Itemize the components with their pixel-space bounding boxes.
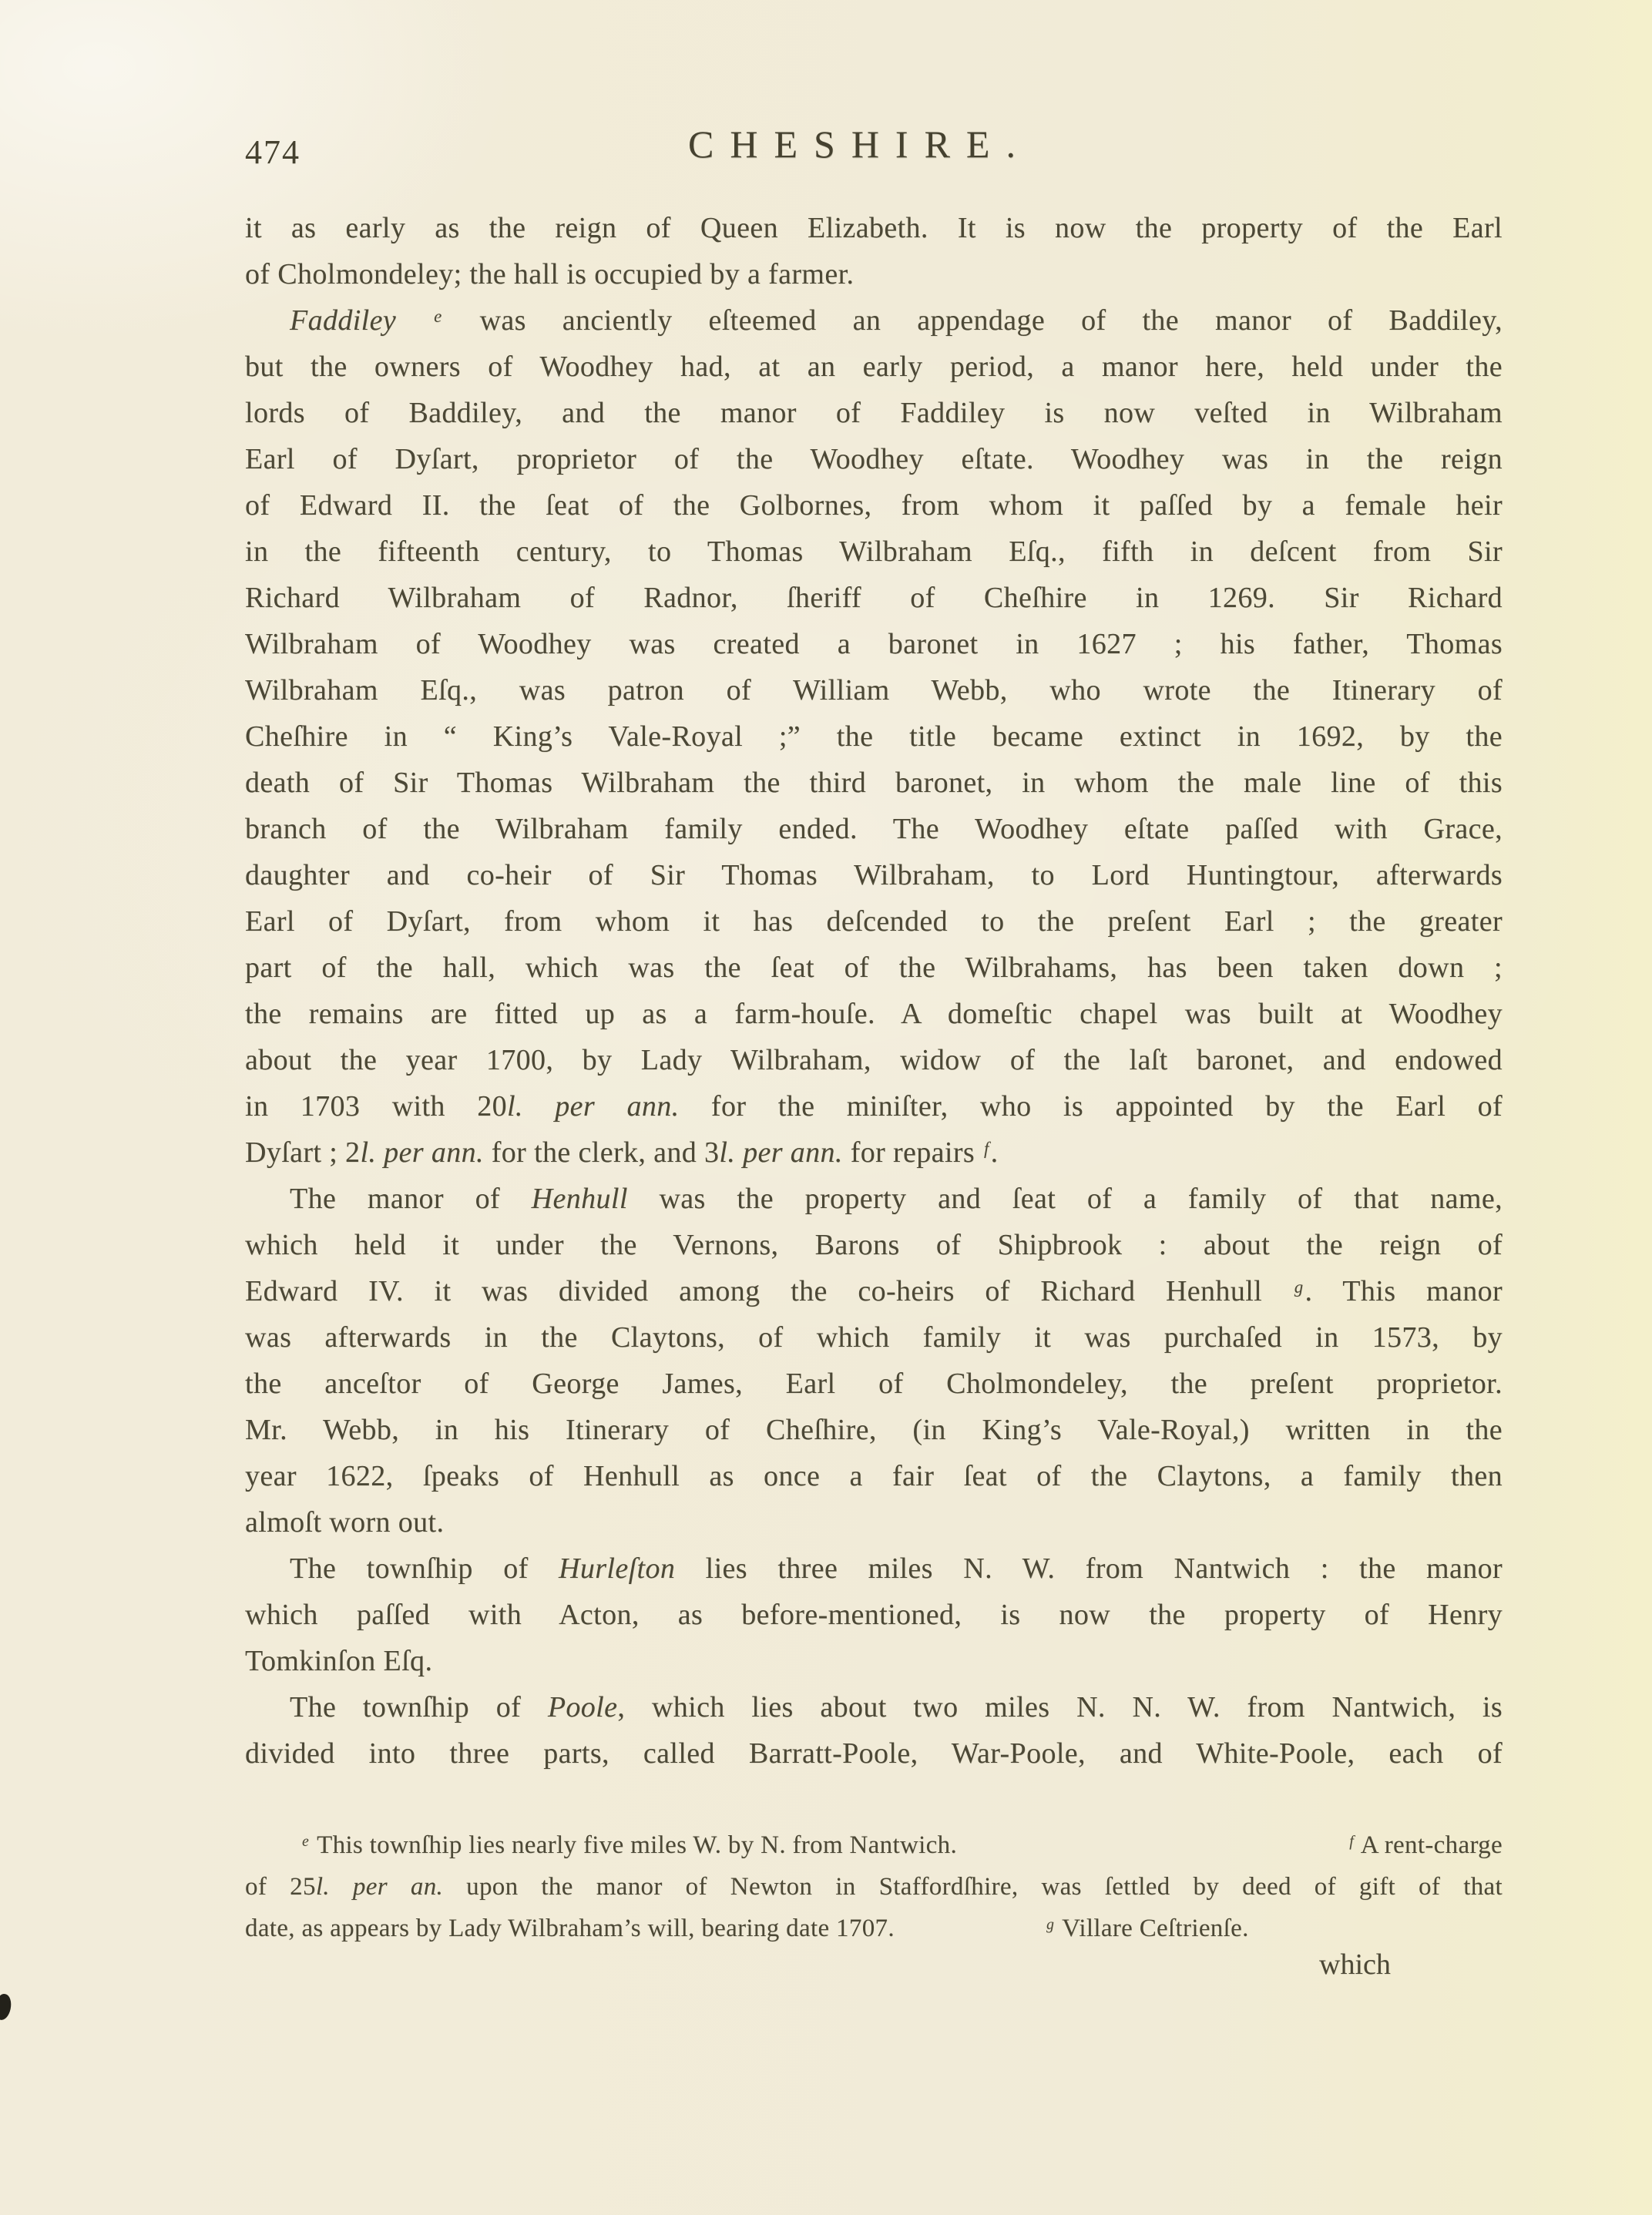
text-line: Earl of Dyſart, from whom it has deſcend… bbox=[245, 898, 1503, 945]
text-line: in the fifteenth century, to Thomas Wilb… bbox=[245, 529, 1503, 575]
text-line: the remains are fitted up as a farm-houſ… bbox=[245, 991, 1503, 1037]
text-line: Wilbraham of Woodhey was created a baron… bbox=[245, 621, 1503, 667]
footnotes: e This townſhip lies nearly five miles W… bbox=[245, 1824, 1503, 1949]
footnote-line: e This townſhip lies nearly five miles W… bbox=[245, 1824, 1503, 1866]
text-line: in 1703 with 20l. per ann. for the miniſ… bbox=[245, 1083, 1503, 1129]
text-line: which paſſed with Acton, as before-menti… bbox=[245, 1592, 1503, 1638]
scanned-book-page: 474 CHESHIRE. it as early as the reign o… bbox=[0, 0, 1652, 2215]
text-line: Wilbraham Eſq., was patron of William We… bbox=[245, 667, 1503, 713]
footnote-line: date, as appears by Lady Wilbraham’s wil… bbox=[245, 1908, 1503, 1949]
text-line: branch of the Wilbraham family ended. Th… bbox=[245, 806, 1503, 852]
text-line: part of the hall, which was the ſeat of … bbox=[245, 945, 1503, 991]
text-line: of Cholmondeley; the hall is occupied by… bbox=[245, 251, 1503, 297]
text-line: it as early as the reign of Queen Elizab… bbox=[245, 205, 1503, 251]
text-line: Edward IV. it was divided among the co-h… bbox=[245, 1268, 1503, 1314]
text-line: year 1622, ſpeaks of Henhull as once a f… bbox=[245, 1453, 1503, 1499]
running-title-text: CHESHIRE. bbox=[688, 122, 1032, 166]
text-line: but the owners of Woodhey had, at an ear… bbox=[245, 344, 1503, 390]
text-line: daughter and co-heir of Sir Thomas Wilbr… bbox=[245, 852, 1503, 898]
text-line: which held it under the Vernons, Barons … bbox=[245, 1222, 1503, 1268]
text-line: The townſhip of Poole, which lies about … bbox=[245, 1684, 1503, 1730]
catchword: which bbox=[1319, 1948, 1391, 1982]
text-line: Richard Wilbraham of Radnor, ſheriff of … bbox=[245, 575, 1503, 621]
text-line: of Edward II. the ſeat of the Golbornes,… bbox=[245, 482, 1503, 529]
text-line: Dyſart ; 2l. per ann. for the clerk, and… bbox=[245, 1129, 1503, 1176]
text-line: almoſt worn out. bbox=[245, 1499, 1503, 1545]
text-line: Cheſhire in “ King’s Vale-Royal ;” the t… bbox=[245, 713, 1503, 760]
text-line: The manor of Henhull was the property an… bbox=[245, 1176, 1503, 1222]
footnote-line: of 25l. per an. upon the manor of Newton… bbox=[245, 1866, 1503, 1908]
text-line: Tomkinſon Eſq. bbox=[245, 1638, 1503, 1684]
text-line: Earl of Dyſart, proprietor of the Woodhe… bbox=[245, 436, 1503, 482]
text-line: the anceſtor of George James, Earl of Ch… bbox=[245, 1361, 1503, 1407]
text-line: Mr. Webb, in his Itinerary of Cheſhire, … bbox=[245, 1407, 1503, 1453]
text-line: lords of Baddiley, and the manor of Fadd… bbox=[245, 390, 1503, 436]
text-line: was afterwards in the Claytons, of which… bbox=[245, 1314, 1503, 1361]
text-line: divided into three parts, called Barratt… bbox=[245, 1730, 1503, 1777]
text-line: The townſhip of Hurleſton lies three mil… bbox=[245, 1545, 1503, 1592]
text-line: about the year 1700, by Lady Wilbraham, … bbox=[245, 1037, 1503, 1083]
running-title: CHESHIRE. bbox=[0, 122, 1652, 166]
text-line: Faddiley e was anciently eſteemed an app… bbox=[245, 297, 1503, 344]
text-line: death of Sir Thomas Wilbraham the third … bbox=[245, 760, 1503, 806]
body-text: it as early as the reign of Queen Elizab… bbox=[245, 205, 1503, 1777]
ink-speck bbox=[0, 1992, 13, 2021]
